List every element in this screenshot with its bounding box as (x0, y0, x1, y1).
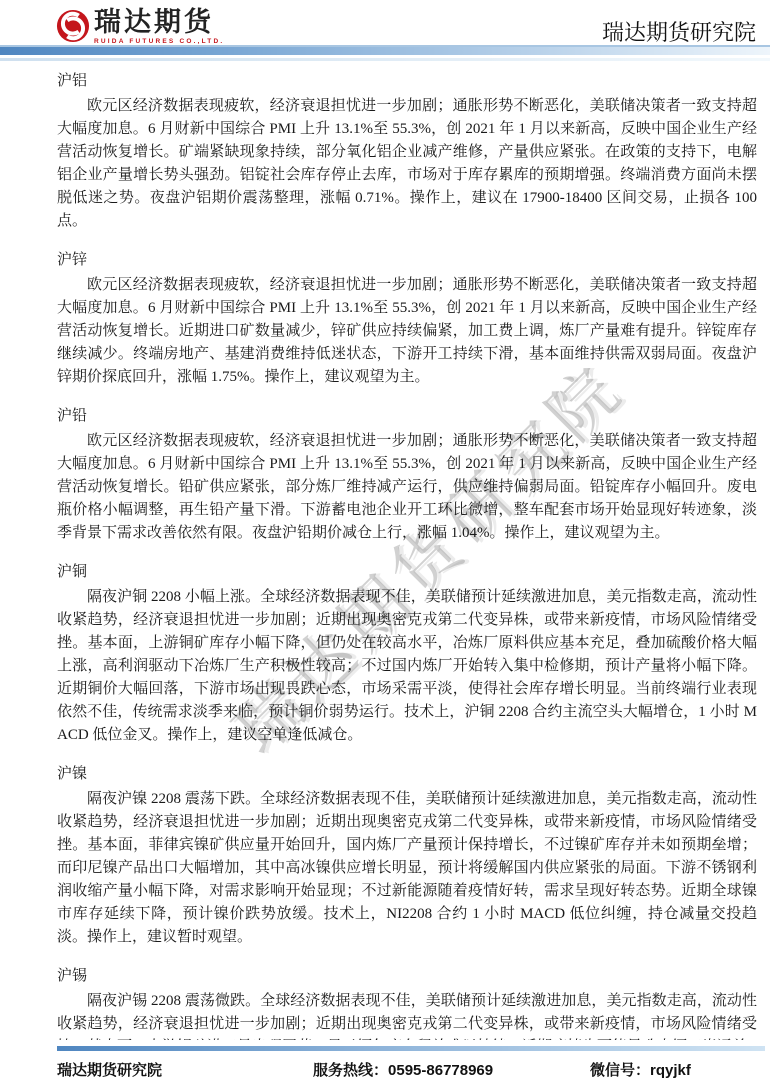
section-huxi: 沪锡 隔夜沪锡 2208 震荡微跌。全球经济数据表现不佳，美联储预计延续激进加息… (57, 965, 757, 1040)
footer-org-name: 瑞达期货研究院 (57, 1059, 162, 1080)
section-hulv: 沪铝 欧元区经济数据表现疲软，经济衰退担忧进一步加剧；通胀形势不断恶化，美联储决… (57, 70, 757, 233)
header-divider-band (0, 45, 770, 55)
footer-wechat: 微信号：rqyjkf (590, 1059, 691, 1080)
section-heading: 沪铜 (57, 561, 757, 584)
section-heading: 沪锌 (57, 249, 757, 272)
brand-name-cn: 瑞达期货 (94, 7, 224, 37)
section-paragraph: 欧元区经济数据表现疲软，经济衰退担忧进一步加剧；通胀形势不断恶化，美联储决策者一… (57, 430, 757, 545)
logo-text: 瑞达期货 RUIDA FUTURES CO.,LTD. (94, 7, 224, 45)
report-body: 沪铝 欧元区经济数据表现疲软，经济衰退担忧进一步加剧；通胀形势不断恶化，美联储决… (57, 64, 757, 1040)
header-divider-band-secondary (0, 58, 770, 61)
footer-hotline-label: 服务热线： (313, 1062, 388, 1079)
footer-hotline: 服务热线：0595-86778969 (313, 1059, 493, 1080)
page-header: 瑞达期货 RUIDA FUTURES CO.,LTD. 瑞达期货研究院 (0, 0, 770, 62)
page-title: 瑞达期货研究院 (602, 16, 756, 47)
footer-wechat-label: 微信号： (590, 1062, 650, 1079)
section-heading: 沪锡 (57, 965, 757, 988)
ruida-logo-icon (56, 9, 90, 43)
section-paragraph: 隔夜沪锡 2208 震荡微跌。全球经济数据表现不佳，美联储预计延续激进加息，美元… (57, 990, 757, 1040)
section-paragraph: 隔夜沪镍 2208 震荡下跌。全球经济数据表现不佳，美联储预计延续激进加息，美元… (57, 788, 757, 949)
section-huxin: 沪锌 欧元区经济数据表现疲软，经济衰退担忧进一步加剧；通胀形势不断恶化，美联储决… (57, 249, 757, 389)
section-huqian: 沪铅 欧元区经济数据表现疲软，经济衰退担忧进一步加剧；通胀形势不断恶化，美联储决… (57, 405, 757, 545)
section-paragraph: 欧元区经济数据表现疲软，经济衰退担忧进一步加剧；通胀形势不断恶化，美联储决策者一… (57, 95, 757, 233)
report-page: 瑞达期货 RUIDA FUTURES CO.,LTD. 瑞达期货研究院 瑞达期货… (0, 0, 770, 1089)
section-heading: 沪铝 (57, 70, 757, 93)
footer-wechat-id: rqyjkf (650, 1062, 691, 1079)
section-heading: 沪铅 (57, 405, 757, 428)
section-paragraph: 隔夜沪铜 2208 小幅上涨。全球经济数据表现不佳，美联储预计延续激进加息，美元… (57, 586, 757, 747)
brand-name-en: RUIDA FUTURES CO.,LTD. (94, 38, 224, 45)
section-heading: 沪镍 (57, 763, 757, 786)
section-paragraph: 欧元区经济数据表现疲软，经济衰退担忧进一步加剧；通胀形势不断恶化，美联储决策者一… (57, 274, 757, 389)
company-logo: 瑞达期货 RUIDA FUTURES CO.,LTD. (56, 7, 224, 45)
footer-hotline-number: 0595-86778969 (388, 1062, 493, 1079)
page-footer: 瑞达期货研究院 服务热线：0595-86778969 微信号：rqyjkf (0, 1040, 770, 1089)
footer-divider-line (57, 1046, 765, 1051)
section-hutong: 沪铜 隔夜沪铜 2208 小幅上涨。全球经济数据表现不佳，美联储预计延续激进加息… (57, 561, 757, 747)
section-hunie: 沪镍 隔夜沪镍 2208 震荡下跌。全球经济数据表现不佳，美联储预计延续激进加息… (57, 763, 757, 949)
